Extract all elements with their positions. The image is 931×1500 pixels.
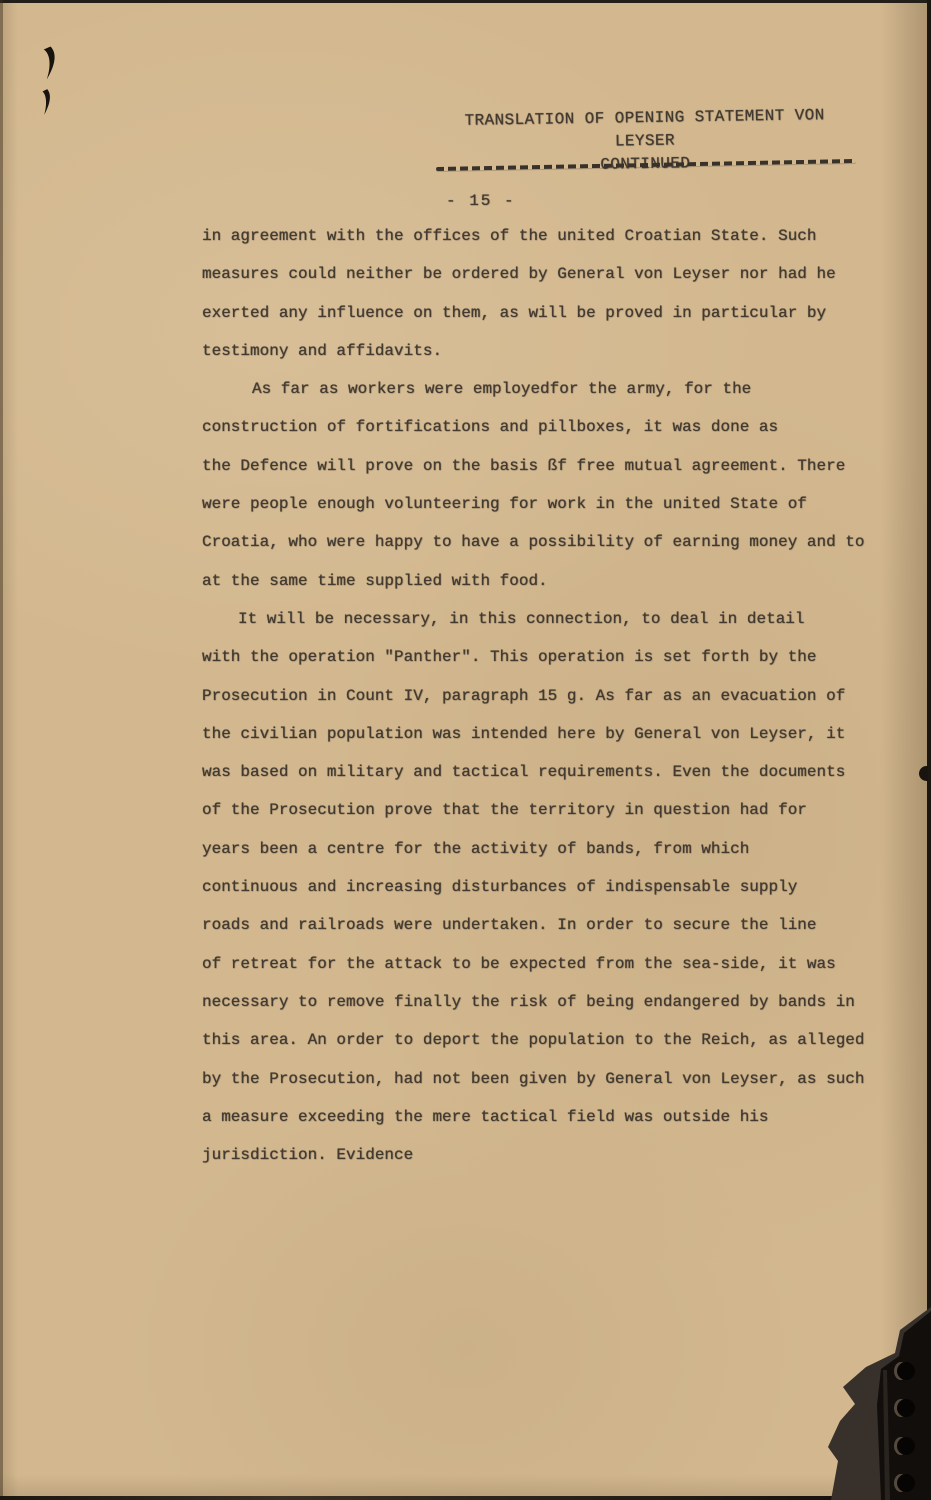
document-body: in agreement with the offices of the uni… — [202, 217, 914, 1174]
body-line: Prosecution in Count IV, paragraph 15 g.… — [202, 677, 914, 715]
body-line: with the operation "Panther". This opera… — [202, 638, 914, 676]
ink-mark-icon — [39, 88, 53, 116]
body-line: Croatia, who were happy to have a possib… — [202, 523, 914, 561]
scan-edge-notch — [919, 766, 928, 781]
body-line: It will be necessary, in this connection… — [202, 600, 914, 638]
body-line: by the Prosecution, had not been given b… — [202, 1060, 914, 1098]
body-line: years been a centre for the activity of … — [202, 830, 914, 868]
punch-hole — [897, 1362, 915, 1380]
body-line: measures could neither be ordered by Gen… — [202, 255, 914, 293]
document-page: TRANSLATION OF OPENING STATEMENT VON LEY… — [0, 0, 931, 1500]
ink-mark-icon — [40, 45, 58, 81]
body-line: roads and railroads were undertaken. In … — [202, 906, 914, 944]
body-line: this area. An order to deport the popula… — [202, 1021, 914, 1059]
body-line: necessary to remove finally the risk of … — [202, 983, 914, 1021]
torn-corner — [791, 1285, 931, 1500]
body-line: construction of fortifications and pillb… — [202, 408, 914, 446]
body-line: testimony and affidavits. — [202, 332, 914, 370]
body-line: were people enough volunteering for work… — [202, 485, 914, 523]
body-line: the civilian population was intended her… — [202, 715, 914, 753]
header-title: TRANSLATION OF OPENING STATEMENT VON LEY… — [435, 104, 854, 157]
body-line: of the Prosecution prove that the territ… — [202, 791, 914, 829]
body-line: in agreement with the offices of the uni… — [202, 217, 914, 255]
body-line: of retreat for the attack to be expected… — [202, 945, 914, 983]
body-line: a measure exceeding the mere tactical fi… — [202, 1098, 914, 1136]
body-line: jurisdiction. Evidence — [202, 1136, 914, 1174]
body-line: As far as workers were employedfor the a… — [202, 370, 914, 408]
body-line: continuous and increasing disturbances o… — [202, 868, 914, 906]
page-number: - 15 - — [446, 192, 516, 210]
body-line: was based on military and tactical requi… — [202, 753, 914, 791]
body-line: the Defence will prove on the basis ßf f… — [202, 447, 914, 485]
scan-edge-top — [0, 0, 931, 3]
punch-hole — [897, 1399, 915, 1417]
body-line: exerted any influence on them, as will b… — [202, 294, 914, 332]
punch-hole — [897, 1474, 915, 1492]
body-line: at the same time supplied with food. — [202, 562, 914, 600]
punch-hole — [897, 1437, 915, 1455]
scan-edge-right — [927, 0, 931, 1500]
scan-edge-left — [0, 0, 3, 1500]
